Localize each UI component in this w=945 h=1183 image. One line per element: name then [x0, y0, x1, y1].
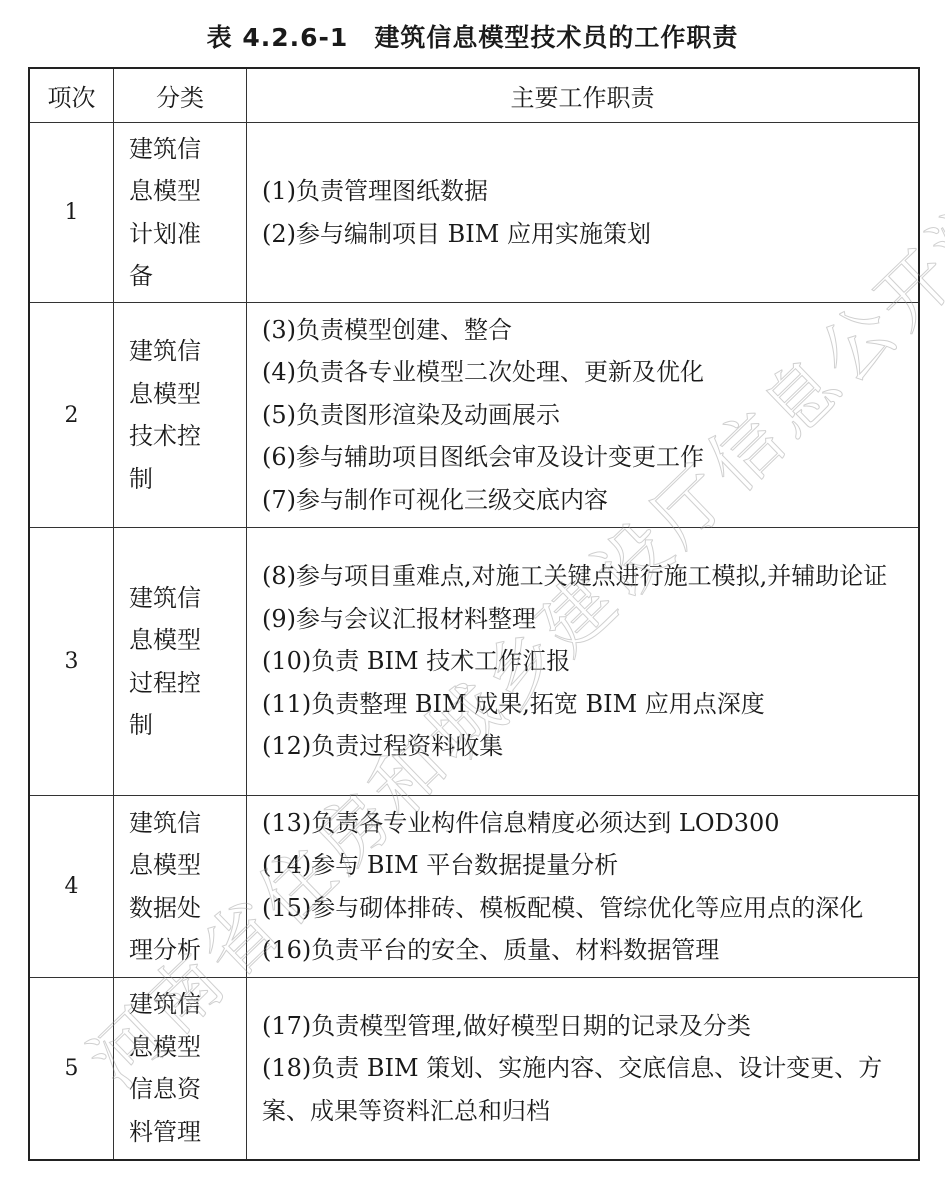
duty-item: (6)参与辅助项目图纸会审及设计变更工作: [262, 436, 910, 479]
table-row: 5 建筑信 息模型 信息资 料管理 (17)负责模型管理,做好模型日期的记录及分…: [29, 978, 919, 1160]
duty-item: (18)负责 BIM 策划、实施内容、交底信息、设计变更、方案、成果等资料汇总和…: [262, 1047, 910, 1132]
row-index: 4: [29, 796, 114, 978]
category-line: 息模型: [129, 619, 246, 662]
category-line: 料管理: [129, 1111, 246, 1154]
category-line: 息模型: [129, 373, 246, 416]
row-duties: (17)负责模型管理,做好模型日期的记录及分类 (18)负责 BIM 策划、实施…: [247, 978, 920, 1160]
category-line: 制: [129, 458, 246, 501]
category-line: 息模型: [129, 1026, 246, 1069]
category-line: 息模型: [129, 844, 246, 887]
duty-item: (13)负责各专业构件信息精度必须达到 LOD300: [262, 802, 910, 845]
category-line: 理分析: [129, 929, 246, 972]
row-category: 建筑信 息模型 数据处 理分析: [114, 796, 247, 978]
category-line: 过程控: [129, 662, 246, 705]
category-line: 建筑信: [129, 983, 246, 1026]
category-line: 建筑信: [129, 330, 246, 373]
row-index: 2: [29, 303, 114, 528]
table-row: 3 建筑信 息模型 过程控 制 (8)参与项目重难点,对施工关键点进行施工模拟,…: [29, 528, 919, 796]
duty-item: (1)负责管理图纸数据: [262, 170, 910, 213]
duty-item: (2)参与编制项目 BIM 应用实施策划: [262, 213, 910, 256]
duty-item: (12)负责过程资料收集: [262, 725, 910, 768]
table-title: 建筑信息模型技术员的工作职责: [374, 23, 738, 52]
category-line: 建筑信: [129, 577, 246, 620]
duty-item: (3)负责模型创建、整合: [262, 309, 910, 352]
table-number: 表 4.2.6-1: [207, 23, 349, 52]
duty-item: (9)参与会议汇报材料整理: [262, 598, 910, 641]
duty-item: (5)负责图形渲染及动画展示: [262, 394, 910, 437]
table-row: 2 建筑信 息模型 技术控 制 (3)负责模型创建、整合 (4)负责各专业模型二…: [29, 303, 919, 528]
category-line: 计划准: [129, 213, 246, 256]
duty-item: (16)负责平台的安全、质量、材料数据管理: [262, 929, 910, 972]
category-line: 信息资: [129, 1068, 246, 1111]
row-index: 1: [29, 123, 114, 303]
row-duties: (8)参与项目重难点,对施工关键点进行施工模拟,并辅助论证 (9)参与会议汇报材…: [247, 528, 920, 796]
duty-item: (10)负责 BIM 技术工作汇报: [262, 640, 910, 683]
table-row: 1 建筑信 息模型 计划准 备 (1)负责管理图纸数据 (2)参与编制项目 BI…: [29, 123, 919, 303]
category-line: 数据处: [129, 887, 246, 930]
row-duties: (1)负责管理图纸数据 (2)参与编制项目 BIM 应用实施策划: [247, 123, 920, 303]
row-index: 5: [29, 978, 114, 1160]
duty-item: (8)参与项目重难点,对施工关键点进行施工模拟,并辅助论证: [262, 555, 910, 598]
header-category: 分类: [114, 68, 247, 123]
header-row: 项次 分类 主要工作职责: [29, 68, 919, 123]
category-line: 技术控: [129, 415, 246, 458]
category-line: 建筑信: [129, 802, 246, 845]
category-line: 制: [129, 704, 246, 747]
row-duties: (13)负责各专业构件信息精度必须达到 LOD300 (14)参与 BIM 平台…: [247, 796, 920, 978]
row-category: 建筑信 息模型 信息资 料管理: [114, 978, 247, 1160]
header-duties: 主要工作职责: [247, 68, 920, 123]
category-line: 备: [129, 255, 246, 298]
duty-item: (4)负责各专业模型二次处理、更新及优化: [262, 351, 910, 394]
table-caption: 表 4.2.6-1建筑信息模型技术员的工作职责: [0, 18, 945, 54]
duty-item: (11)负责整理 BIM 成果,拓宽 BIM 应用点深度: [262, 683, 910, 726]
duty-item: (17)负责模型管理,做好模型日期的记录及分类: [262, 1005, 910, 1048]
duty-item: (7)参与制作可视化三级交底内容: [262, 479, 910, 522]
header-index: 项次: [29, 68, 114, 123]
row-category: 建筑信 息模型 计划准 备: [114, 123, 247, 303]
duty-item: (15)参与砌体排砖、模板配模、管综优化等应用点的深化: [262, 887, 910, 930]
row-category: 建筑信 息模型 技术控 制: [114, 303, 247, 528]
row-index: 3: [29, 528, 114, 796]
row-category: 建筑信 息模型 过程控 制: [114, 528, 247, 796]
category-line: 息模型: [129, 170, 246, 213]
duties-table: 项次 分类 主要工作职责 1 建筑信 息模型 计划准 备 (1)负责管理图纸数据…: [28, 67, 920, 1161]
duty-item: (14)参与 BIM 平台数据提量分析: [262, 844, 910, 887]
table-row: 4 建筑信 息模型 数据处 理分析 (13)负责各专业构件信息精度必须达到 LO…: [29, 796, 919, 978]
category-line: 建筑信: [129, 128, 246, 171]
row-duties: (3)负责模型创建、整合 (4)负责各专业模型二次处理、更新及优化 (5)负责图…: [247, 303, 920, 528]
